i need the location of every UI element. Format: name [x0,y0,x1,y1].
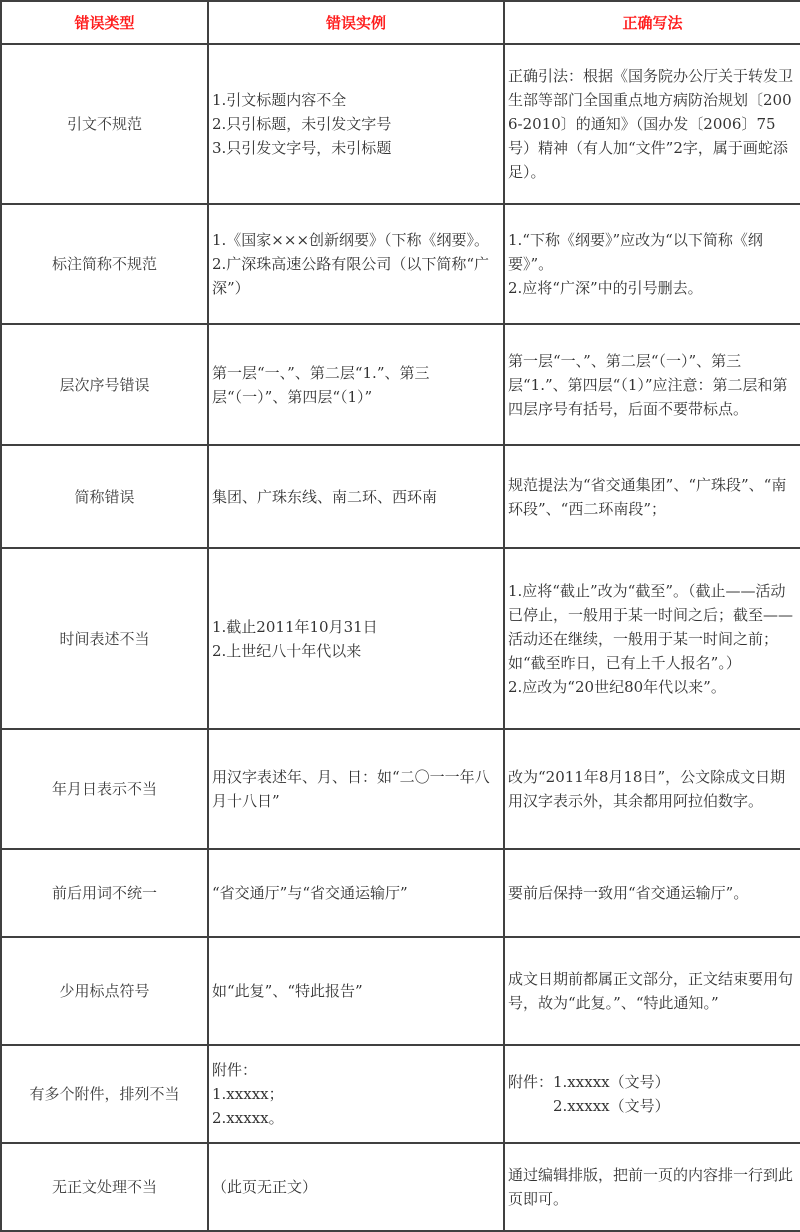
correct-usage-cell: 规范提法为“省交通集团”、“广珠段”、“南环段”、“西二环南段”； [504,445,800,548]
correct-usage-cell: 附件：1.xxxxx（文号） 2.xxxxx（文号） [504,1045,800,1143]
table-row: 简称错误集团、广珠东线、南二环、西环南规范提法为“省交通集团”、“广珠段”、“南… [1,445,800,548]
example-line: 1.xxxxx； [212,1082,500,1106]
table-body: 引文不规范1.引文标题内容不全2.只引标题，未引发文字号3.只引发文字号，未引标… [1,44,800,1231]
error-type-cell: 少用标点符号 [1,937,208,1045]
error-example-cell: 第一层“一、”、第二层“1.”、第三层“（一）”、第四层“（1）” [208,324,504,445]
correct-line: 1.“下称《纲要》”应改为“以下简称《纲要》”。 [508,228,797,276]
correct-line: 正确引法：根据《国务院办公厅关于转发卫生部等部门全国重点地方病防治规划〔2006… [508,64,797,184]
error-type-cell: 标注简称不规范 [1,204,208,324]
table-row: 层次序号错误第一层“一、”、第二层“1.”、第三层“（一）”、第四层“（1）”第… [1,324,800,445]
error-type-cell: 简称错误 [1,445,208,548]
error-example-cell: 用汉字表述年、月、日：如“二〇一一年八月十八日” [208,729,504,849]
correct-line: 2.xxxxx（文号） [508,1094,797,1118]
error-type-cell: 前后用词不统一 [1,849,208,937]
example-line: 如“此复”、“特此报告” [212,979,500,1003]
header-error-example: 错误实例 [208,1,504,44]
table-row: 前后用词不统一“省交通厅”与“省交通运输厅”要前后保持一致用“省交通运输厅”。 [1,849,800,937]
table-row: 标注简称不规范1.《国家×××创新纲要》（下称《纲要》。2.广深珠高速公路有限公… [1,204,800,324]
correct-usage-cell: 正确引法：根据《国务院办公厅关于转发卫生部等部门全国重点地方病防治规划〔2006… [504,44,800,204]
example-line: 2.上世纪八十年代以来 [212,639,500,663]
correct-usage-cell: 1.“下称《纲要》”应改为“以下简称《纲要》”。2.应将“广深”中的引号删去。 [504,204,800,324]
table-row: 少用标点符号如“此复”、“特此报告”成文日期前都属正文部分，正文结束要用句号，故… [1,937,800,1045]
example-line: 2.广深珠高速公路有限公司（以下简称“广深”） [212,252,500,300]
header-row: 错误类型 错误实例 正确写法 [1,1,800,44]
error-type-cell: 引文不规范 [1,44,208,204]
error-type-cell: 层次序号错误 [1,324,208,445]
correct-usage-cell: 改为“2011年8月18日”，公文除成文日期用汉字表示外，其余都用阿拉伯数字。 [504,729,800,849]
table-row: 年月日表示不当用汉字表述年、月、日：如“二〇一一年八月十八日”改为“2011年8… [1,729,800,849]
error-example-cell: 集团、广珠东线、南二环、西环南 [208,445,504,548]
error-correction-table: 错误类型 错误实例 正确写法 引文不规范1.引文标题内容不全2.只引标题，未引发… [0,0,800,1232]
example-line: 集团、广珠东线、南二环、西环南 [212,485,500,509]
example-line: 用汉字表述年、月、日：如“二〇一一年八月十八日” [212,765,500,813]
correct-line: 成文日期前都属正文部分，正文结束要用句号，故为“此复。”、“特此通知。” [508,967,797,1015]
correct-line: 2.应改为“20世纪80年代以来”。 [508,675,797,699]
error-type-cell: 时间表述不当 [1,548,208,729]
error-example-cell: 附件：1.xxxxx；2.xxxxx。 [208,1045,504,1143]
error-type-cell: 有多个附件，排列不当 [1,1045,208,1143]
header-correct-usage: 正确写法 [504,1,800,44]
error-example-cell: “省交通厅”与“省交通运输厅” [208,849,504,937]
correct-usage-cell: 1.应将“截止”改为“截至”。（截止——活动已停止，一般用于某一时间之后；截至—… [504,548,800,729]
table-row: 有多个附件，排列不当附件：1.xxxxx；2.xxxxx。附件：1.xxxxx（… [1,1045,800,1143]
example-line: “省交通厅”与“省交通运输厅” [212,881,500,905]
correct-line: 规范提法为“省交通集团”、“广珠段”、“南环段”、“西二环南段”； [508,473,797,521]
example-line: 附件： [212,1058,500,1082]
error-example-cell: 如“此复”、“特此报告” [208,937,504,1045]
example-line: （此页无正文） [212,1175,500,1199]
example-line: 1.引文标题内容不全 [212,88,500,112]
error-example-cell: （此页无正文） [208,1143,504,1231]
error-type-cell: 无正文处理不当 [1,1143,208,1231]
correct-line: 第一层“一、”、第二层“（一）”、第三层“1.”、第四层“（1）”应注意：第二层… [508,349,797,421]
example-line: 第一层“一、”、第二层“1.”、第三层“（一）”、第四层“（1）” [212,361,500,409]
correct-line: 1.应将“截止”改为“截至”。（截止——活动已停止，一般用于某一时间之后；截至—… [508,579,797,675]
error-example-cell: 1.引文标题内容不全2.只引标题，未引发文字号3.只引发文字号，未引标题 [208,44,504,204]
correct-usage-cell: 通过编辑排版，把前一页的内容排一行到此页即可。 [504,1143,800,1231]
example-line: 3.只引发文字号，未引标题 [212,136,500,160]
table-row: 引文不规范1.引文标题内容不全2.只引标题，未引发文字号3.只引发文字号，未引标… [1,44,800,204]
error-type-cell: 年月日表示不当 [1,729,208,849]
correct-line: 2.应将“广深”中的引号删去。 [508,276,797,300]
error-example-cell: 1.截止2011年10月31日2.上世纪八十年代以来 [208,548,504,729]
correct-usage-cell: 成文日期前都属正文部分，正文结束要用句号，故为“此复。”、“特此通知。” [504,937,800,1045]
example-line: 2.只引标题，未引发文字号 [212,112,500,136]
correct-usage-cell: 第一层“一、”、第二层“（一）”、第三层“1.”、第四层“（1）”应注意：第二层… [504,324,800,445]
table-row: 无正文处理不当（此页无正文）通过编辑排版，把前一页的内容排一行到此页即可。 [1,1143,800,1231]
table-row: 时间表述不当1.截止2011年10月31日2.上世纪八十年代以来1.应将“截止”… [1,548,800,729]
example-line: 1.截止2011年10月31日 [212,615,500,639]
example-line: 1.《国家×××创新纲要》（下称《纲要》。 [212,228,500,252]
correct-line: 附件：1.xxxxx（文号） [508,1070,797,1094]
example-line: 2.xxxxx。 [212,1106,500,1130]
correct-line: 要前后保持一致用“省交通运输厅”。 [508,881,797,905]
correct-line: 改为“2011年8月18日”，公文除成文日期用汉字表示外，其余都用阿拉伯数字。 [508,765,797,813]
correct-line: 通过编辑排版，把前一页的内容排一行到此页即可。 [508,1163,797,1211]
correct-usage-cell: 要前后保持一致用“省交通运输厅”。 [504,849,800,937]
error-example-cell: 1.《国家×××创新纲要》（下称《纲要》。2.广深珠高速公路有限公司（以下简称“… [208,204,504,324]
header-error-type: 错误类型 [1,1,208,44]
